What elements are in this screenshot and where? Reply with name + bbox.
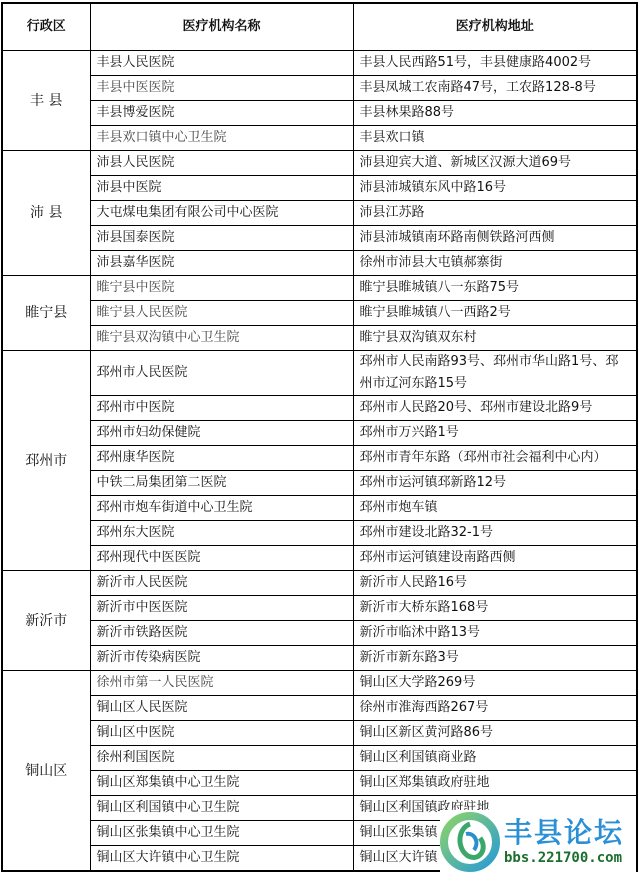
institution-address: 邳州市运河镇建设南路西侧	[353, 546, 637, 571]
table-row: 丰县欢口镇中心卫生院 丰县欢口镇	[2, 126, 637, 151]
institution-address: 新沂市人民路16号	[353, 571, 637, 596]
hospital-table: 行政区 医疗机构名称 医疗机构地址 丰 县 丰县人民医院 丰县人民西路51号，丰…	[1, 2, 638, 872]
table-row: 邳州市炮车街道中心卫生院 邳州市炮车镇	[2, 496, 637, 521]
institution-name: 丰县博爱医院	[90, 101, 353, 126]
table-row: 睢宁县 睢宁县中医院 睢宁县睢城镇八一东路75号	[2, 276, 637, 301]
table-row: 睢宁县双沟镇中心卫生院 睢宁县双沟镇双东村	[2, 326, 637, 351]
institution-address: 丰县凤城工农南路47号，工农路128-8号	[353, 76, 637, 101]
institution-address: 邳州市青年东路（邳州市社会福利中心内）	[353, 446, 637, 471]
institution-name: 徐州市第一人民医院	[90, 671, 353, 696]
institution-name: 新沂市传染病医院	[90, 646, 353, 671]
institution-name: 丰县人民医院	[90, 51, 353, 76]
institution-address: 沛县沛城镇南环路南侧铁路河西侧	[353, 226, 637, 251]
institution-name: 邳州市妇幼保健院	[90, 421, 353, 446]
table-row: 邳州市妇幼保健院 邳州市万兴路1号	[2, 421, 637, 446]
institution-name: 新沂市中医医院	[90, 596, 353, 621]
institution-address: 铜山区新区黄河路86号	[353, 721, 637, 746]
institution-address: 邳州市人民南路93号、邳州市华山路1号、邳州市辽河东路15号	[353, 351, 637, 396]
institution-address: 邳州市万兴路1号	[353, 421, 637, 446]
table-row: 新沂市铁路医院 新沂市临沭中路13号	[2, 621, 637, 646]
institution-name: 铜山区张集镇中心卫生院	[90, 821, 353, 846]
district-cell: 铜山区	[2, 671, 90, 872]
forum-logo-icon	[440, 812, 500, 872]
institution-address: 睢宁县睢城镇八一东路75号	[353, 276, 637, 301]
table-row: 邳州东大医院 邳州市建设北路32-1号	[2, 521, 637, 546]
district-cell: 沛 县	[2, 151, 90, 276]
institution-name: 新沂市铁路医院	[90, 621, 353, 646]
institution-name: 邳州市中医院	[90, 396, 353, 421]
institution-name: 沛县中医院	[90, 176, 353, 201]
table-row: 丰 县 丰县人民医院 丰县人民西路51号，丰县健康路4002号	[2, 51, 637, 76]
institution-address: 邳州市炮车镇	[353, 496, 637, 521]
table-row: 沛县国泰医院 沛县沛城镇南环路南侧铁路河西侧	[2, 226, 637, 251]
institution-address: 新沂市新东路3号	[353, 646, 637, 671]
table-row: 邳州市 邳州市人民医院 邳州市人民南路93号、邳州市华山路1号、邳州市辽河东路1…	[2, 351, 637, 396]
institution-name: 中铁二局集团第二医院	[90, 471, 353, 496]
table-row: 铜山区人民医院 徐州市淮海西路267号	[2, 696, 637, 721]
institution-address: 铜山区郑集镇政府驻地	[353, 771, 637, 796]
institution-name: 丰县中医医院	[90, 76, 353, 101]
institution-name: 铜山区利国镇中心卫生院	[90, 796, 353, 821]
table-row: 中铁二局集团第二医院 邳州市运河镇邳新路12号	[2, 471, 637, 496]
table-row: 沛县中医院 沛县沛城镇东风中路16号	[2, 176, 637, 201]
district-cell: 邳州市	[2, 351, 90, 571]
table-row: 睢宁县人民医院 睢宁县睢城镇八一西路2号	[2, 301, 637, 326]
table-row: 邳州康华医院 邳州市青年东路（邳州市社会福利中心内）	[2, 446, 637, 471]
table-header-row: 行政区 医疗机构名称 医疗机构地址	[2, 3, 637, 51]
institution-address: 睢宁县睢城镇八一西路2号	[353, 301, 637, 326]
institution-name: 睢宁县人民医院	[90, 301, 353, 326]
watermark-url: bbs.221700.com	[504, 849, 624, 867]
institution-address: 铜山区大学路269号	[353, 671, 637, 696]
institution-address: 邳州市运河镇邳新路12号	[353, 471, 637, 496]
table-row: 徐州利国医院 铜山区利国镇商业路	[2, 746, 637, 771]
table-row: 邳州现代中医医院 邳州市运河镇建设南路西侧	[2, 546, 637, 571]
institution-name: 邳州康华医院	[90, 446, 353, 471]
table-row: 铜山区郑集镇中心卫生院 铜山区郑集镇政府驻地	[2, 771, 637, 796]
table-row: 大屯煤电集团有限公司中心医院 沛县江苏路	[2, 201, 637, 226]
district-cell: 新沂市	[2, 571, 90, 671]
institution-address: 丰县林果路88号	[353, 101, 637, 126]
institution-address: 沛县江苏路	[353, 201, 637, 226]
header-institution-address: 医疗机构地址	[353, 3, 637, 51]
forum-watermark: 丰县论坛 bbs.221700.com	[440, 810, 636, 874]
institution-name: 徐州利国医院	[90, 746, 353, 771]
table-row: 邳州市中医院 邳州市人民路20号、邳州市建设北路9号	[2, 396, 637, 421]
table-row: 铜山区 徐州市第一人民医院 铜山区大学路269号	[2, 671, 637, 696]
institution-name: 铜山区人民医院	[90, 696, 353, 721]
table-row: 新沂市中医医院 新沂市大桥东路168号	[2, 596, 637, 621]
institution-name: 铜山区中医院	[90, 721, 353, 746]
header-institution-name: 医疗机构名称	[90, 3, 353, 51]
institution-address: 邳州市人民路20号、邳州市建设北路9号	[353, 396, 637, 421]
table-row: 沛 县 沛县人民医院 沛县迎宾大道、新城区汉源大道69号	[2, 151, 637, 176]
table-row: 丰县中医医院 丰县凤城工农南路47号，工农路128-8号	[2, 76, 637, 101]
institution-address: 丰县人民西路51号，丰县健康路4002号	[353, 51, 637, 76]
institution-address: 沛县迎宾大道、新城区汉源大道69号	[353, 151, 637, 176]
institution-address: 铜山区利国镇商业路	[353, 746, 637, 771]
institution-name: 沛县人民医院	[90, 151, 353, 176]
institution-name: 邳州现代中医医院	[90, 546, 353, 571]
institution-address: 徐州市淮海西路267号	[353, 696, 637, 721]
table-row: 铜山区中医院 铜山区新区黄河路86号	[2, 721, 637, 746]
institution-address: 睢宁县双沟镇双东村	[353, 326, 637, 351]
watermark-title: 丰县论坛	[504, 817, 624, 849]
table-row: 新沂市 新沂市人民医院 新沂市人民路16号	[2, 571, 637, 596]
institution-name: 睢宁县双沟镇中心卫生院	[90, 326, 353, 351]
institution-address: 丰县欢口镇	[353, 126, 637, 151]
district-cell: 睢宁县	[2, 276, 90, 351]
institution-address: 新沂市大桥东路168号	[353, 596, 637, 621]
institution-name: 丰县欢口镇中心卫生院	[90, 126, 353, 151]
institution-name: 沛县国泰医院	[90, 226, 353, 251]
header-district: 行政区	[2, 3, 90, 51]
institution-name: 大屯煤电集团有限公司中心医院	[90, 201, 353, 226]
institution-name: 铜山区郑集镇中心卫生院	[90, 771, 353, 796]
institution-name: 邳州市人民医院	[90, 351, 353, 396]
institution-address: 徐州市沛县大屯镇郝寨街	[353, 251, 637, 276]
institution-name: 邳州东大医院	[90, 521, 353, 546]
district-cell: 丰 县	[2, 51, 90, 151]
institution-address: 新沂市临沭中路13号	[353, 621, 637, 646]
institution-address: 沛县沛城镇东风中路16号	[353, 176, 637, 201]
table-row: 沛县嘉华医院 徐州市沛县大屯镇郝寨街	[2, 251, 637, 276]
institution-address: 邳州市建设北路32-1号	[353, 521, 637, 546]
institution-name: 沛县嘉华医院	[90, 251, 353, 276]
institution-name: 邳州市炮车街道中心卫生院	[90, 496, 353, 521]
institution-name: 新沂市人民医院	[90, 571, 353, 596]
institution-name: 铜山区大许镇中心卫生院	[90, 846, 353, 872]
table-row: 丰县博爱医院 丰县林果路88号	[2, 101, 637, 126]
table-row: 新沂市传染病医院 新沂市新东路3号	[2, 646, 637, 671]
institution-name: 睢宁县中医院	[90, 276, 353, 301]
